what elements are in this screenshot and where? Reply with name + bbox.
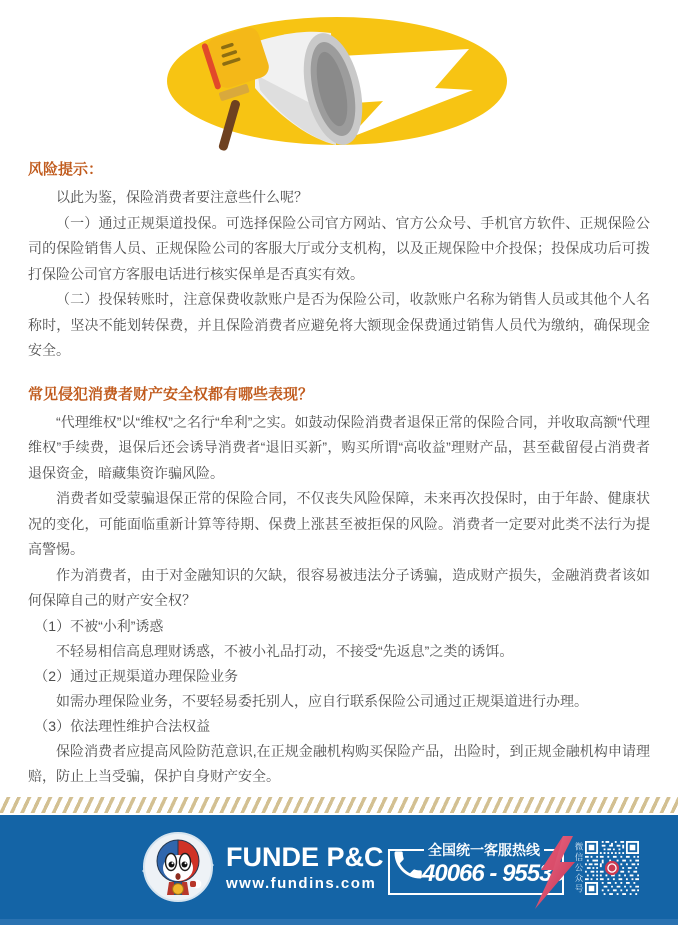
paragraph: 以此为鉴，保险消费者要注意些什么呢？ [28, 185, 650, 211]
mascot-icon [142, 831, 214, 903]
hatched-divider [0, 797, 678, 813]
paragraph: 作为消费者，由于对金融知识的欠缺，很容易被违法分子诱骗，造成财产损失，金融消费者… [28, 563, 650, 614]
tip-title: （3）依法理性维护合法权益 [28, 714, 650, 739]
footer: FUNDE P&C www.fundins.com 全国统一客服热线 40066… [0, 815, 678, 925]
lightning-bolt-icon [532, 835, 578, 911]
tip-title: （2）通过正规渠道办理保险业务 [28, 664, 650, 689]
paragraph: 消费者如受蒙骗退保正常的保险合同，不仅丧失风险保障，未来再次投保时，由于年龄、健… [28, 486, 650, 563]
brand-website: www.fundins.com [226, 875, 372, 892]
tip-body: 保险消费者应提高风险防范意识,在正规金融机构购买保险产品，出险时，到正规金融机构… [28, 739, 650, 789]
article: 风险提示： 以此为鉴，保险消费者要注意些什么呢？ （一）通过正规渠道投保。可选择… [0, 152, 678, 789]
tip-title: （1）不被“小利”诱惑 [28, 614, 650, 639]
hotline-label: 全国统一客服热线 [424, 841, 544, 859]
phone-icon [390, 839, 426, 895]
section-heading-risk: 风险提示： [28, 160, 650, 180]
paragraph: “代理维权”以“维权”之名行“牟利”之实。如鼓动保险消费者退保正常的保险合同，并… [28, 410, 650, 487]
section-heading-violations: 常见侵犯消费者财产安全权都有哪些表现？ [28, 385, 650, 405]
paragraph: （一）通过正规渠道投保。可选择保险公司官方网站、官方公众号、手机官方软件、正规保… [28, 211, 650, 288]
page: 风险提示： 以此为鉴，保险消费者要注意些什么呢？ （一）通过正规渠道投保。可选择… [0, 0, 678, 925]
hotline-box: 全国统一客服热线 40066 - 95535 [388, 849, 564, 895]
brand-name: FUNDE P&C [226, 842, 372, 872]
footer-content: FUNDE P&C www.fundins.com 全国统一客服热线 40066… [0, 815, 678, 919]
brand-block: FUNDE P&C www.fundins.com [226, 842, 372, 892]
qr-block: 微信公众号 [574, 841, 639, 895]
tip-body: 不轻易相信高息理财诱惑，不被小礼品打动，不接受“先返息”之类的诱饵。 [28, 639, 650, 664]
qr-code [585, 841, 639, 895]
hero-illustration [0, 0, 678, 152]
megaphone-icon [119, 4, 559, 160]
tip-body: 如需办理保险业务，不要轻易委托别人，应自行联系保险公司通过正规渠道进行办理。 [28, 689, 650, 714]
paragraph: （二）投保转账时，注意保费收款账户是否为保险公司，收款账户名称为销售人员或其他个… [28, 287, 650, 364]
